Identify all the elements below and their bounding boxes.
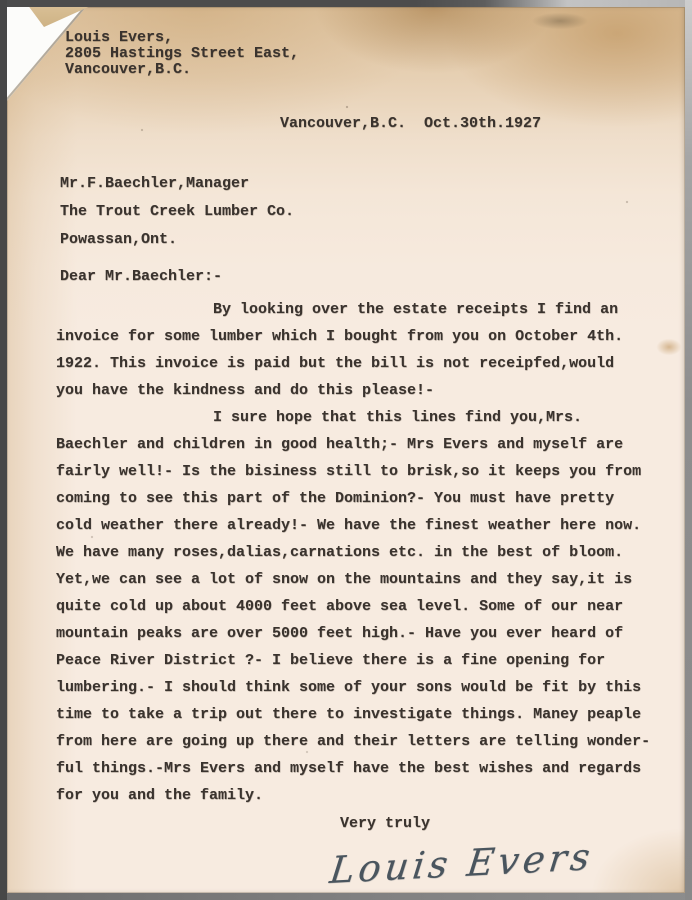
- closing-line: Very truly: [340, 815, 430, 832]
- letter-body-line: coming to see this part of the Dominion?…: [56, 485, 666, 512]
- scanned-letter-photo: Louis Evers,2805 Hastings Street East,Va…: [0, 0, 692, 900]
- letter-body-line: invoice for some lumber which I bought f…: [56, 323, 666, 350]
- letter-body-line: time to take a trip out there to investi…: [56, 701, 666, 728]
- letter-body-line: cold weather there already!- We have the…: [56, 512, 666, 539]
- recipient-address-line: Mr.F.Baechler,Manager: [60, 170, 294, 198]
- letter-body-line: fairly well!- Is the bisiness still to b…: [56, 458, 666, 485]
- photo-frame-top: [0, 0, 692, 7]
- recipient-address: Mr.F.Baechler,ManagerThe Trout Creek Lum…: [60, 170, 294, 254]
- letter-body: By looking over the estate receipts I fi…: [56, 296, 666, 809]
- letter-body-line: from here are going up there and their l…: [56, 728, 666, 755]
- letter-body-line: Baechler and children in good health;- M…: [56, 431, 666, 458]
- letter-body-line: I sure hope that this lines find you,Mrs…: [56, 404, 666, 431]
- salutation: Dear Mr.Baechler:-: [60, 268, 222, 285]
- recipient-address-line: Powassan,Ont.: [60, 226, 294, 254]
- sender-address: Louis Evers,2805 Hastings Street East,Va…: [65, 30, 299, 78]
- letter-body-line: We have many roses,dalias,carnations etc…: [56, 539, 666, 566]
- sender-address-line: Louis Evers,: [65, 30, 299, 46]
- sender-address-line: 2805 Hastings Street East,: [65, 46, 299, 62]
- sender-address-line: Vancouver,B.C.: [65, 62, 299, 78]
- letter-body-line: Peace River District ?- I believe there …: [56, 647, 666, 674]
- letter-body-line: quite cold up about 4000 feet above sea …: [56, 593, 666, 620]
- letter-body-line: mountain peaks are over 5000 feet high.-…: [56, 620, 666, 647]
- date-line: Vancouver,B.C. Oct.30th.1927: [280, 115, 541, 132]
- letter-body-line: lumbering.- I should think some of your …: [56, 674, 666, 701]
- photo-frame-bottom: [0, 893, 692, 900]
- letter-body-line: 1922. This invoice is paid but the bill …: [56, 350, 666, 377]
- letter-body-line: you have the kindness and do this please…: [56, 377, 666, 404]
- photo-frame-right: [685, 0, 692, 900]
- letter-body-line: ful things.-Mrs Evers and myself have th…: [56, 755, 666, 782]
- photo-frame-left: [0, 0, 7, 900]
- letter-body-line: Yet,we can see a lot of snow on the moun…: [56, 566, 666, 593]
- letter-body-line: for you and the family.: [56, 782, 666, 809]
- recipient-address-line: The Trout Creek Lumber Co.: [60, 198, 294, 226]
- letter-body-line: By looking over the estate receipts I fi…: [56, 296, 666, 323]
